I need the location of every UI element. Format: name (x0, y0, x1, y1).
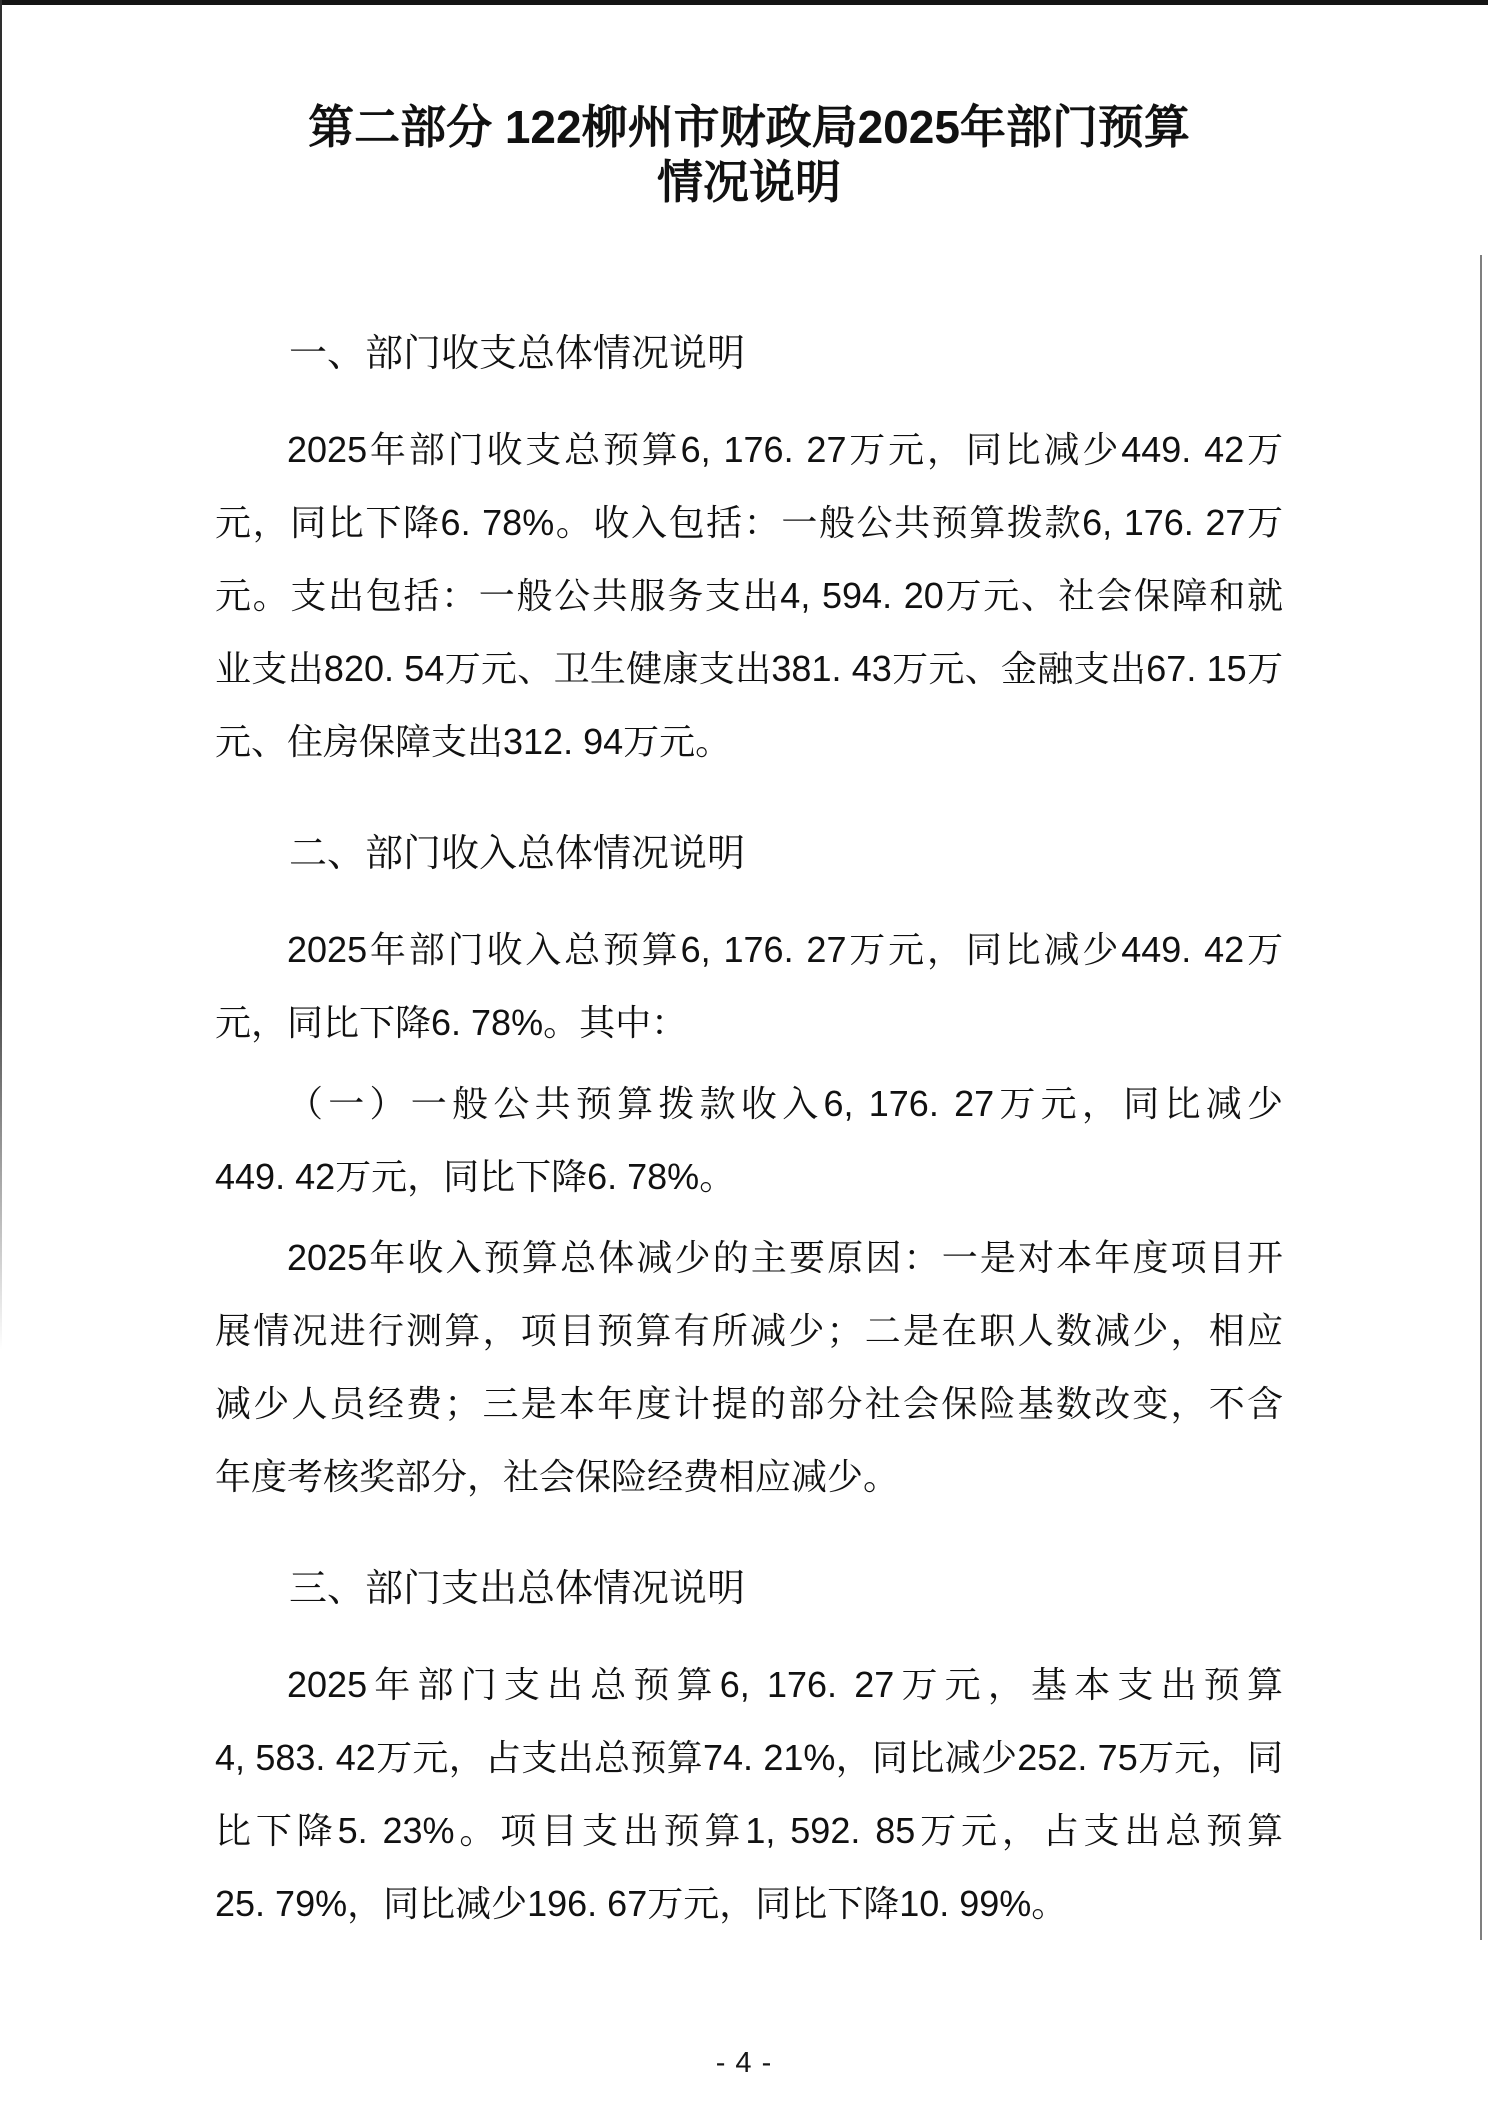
paragraph-line: 年度考核奖部分，社会保险经费相应减少。 (215, 1440, 1283, 1513)
paragraph: （一）一般公共预算拨款收入6, 176. 27万元，同比减少 449. 42万元… (215, 1067, 1283, 1213)
paragraph-line: 元、住房保障支出312. 94万元。 (215, 705, 1283, 778)
document-content: 第二部分 122柳州市财政局2025年部门预算 情况说明 一、部门收支总体情况说… (215, 100, 1283, 1940)
section-heading-1: 一、部门收支总体情况说明 (215, 318, 1283, 391)
paragraph-line: 展情况进行测算，项目预算有所减少；二是在职人数减少，相应 (215, 1294, 1283, 1367)
document-title-line-2: 情况说明 (215, 155, 1283, 210)
scan-edge-right (1480, 255, 1482, 1940)
section-heading-3: 三、部门支出总体情况说明 (215, 1553, 1283, 1626)
paragraph: 2025年部门收入总预算6, 176. 27万元，同比减少449. 42万 元，… (215, 913, 1283, 1059)
paragraph-line: 业支出820. 54万元、卫生健康支出381. 43万元、金融支出67. 15万 (215, 632, 1283, 705)
paragraph: 2025年部门支出总预算6, 176. 27万元，基本支出预算 4, 583. … (215, 1648, 1283, 1940)
paragraph-line: 449. 42万元，同比下降6. 78%。 (215, 1140, 1283, 1213)
paragraph: 2025年部门收支总预算6, 176. 27万元，同比减少449. 42万 元，… (215, 413, 1283, 778)
page-number: - 4 - (0, 2047, 1488, 2080)
section-heading-2: 二、部门收入总体情况说明 (215, 818, 1283, 891)
document-title: 第二部分 122柳州市财政局2025年部门预算 情况说明 (215, 100, 1283, 210)
scan-edge-left (0, 0, 2, 1350)
document-title-line-1: 第二部分 122柳州市财政局2025年部门预算 (215, 100, 1283, 155)
paragraph: 2025年收入预算总体减少的主要原因：一是对本年度项目开 展情况进行测算，项目预… (215, 1221, 1283, 1513)
scan-edge-top (0, 0, 1488, 5)
paragraph-line: 元。支出包括：一般公共服务支出4, 594. 20万元、社会保障和就 (215, 559, 1283, 632)
paragraph-line: 2025年部门收入总预算6, 176. 27万元，同比减少449. 42万 (215, 913, 1283, 986)
paragraph-line: 25. 79%，同比减少196. 67万元，同比下降10. 99%。 (215, 1867, 1283, 1940)
paragraph-line: 4, 583. 42万元，占支出总预算74. 21%，同比减少252. 75万元… (215, 1721, 1283, 1794)
paragraph-line: 2025年部门支出总预算6, 176. 27万元，基本支出预算 (215, 1648, 1283, 1721)
paragraph-line: （一）一般公共预算拨款收入6, 176. 27万元，同比减少 (215, 1067, 1283, 1140)
paragraph-line: 比下降5. 23%。项目支出预算1, 592. 85万元，占支出总预算 (215, 1794, 1283, 1867)
paragraph-line: 2025年部门收支总预算6, 176. 27万元，同比减少449. 42万 (215, 413, 1283, 486)
paragraph-line: 元，同比下降6. 78%。收入包括：一般公共预算拨款6, 176. 27万 (215, 486, 1283, 559)
paragraph-line: 元，同比下降6. 78%。其中： (215, 986, 1283, 1059)
document-page: 第二部分 122柳州市财政局2025年部门预算 情况说明 一、部门收支总体情况说… (0, 0, 1488, 2104)
paragraph-line: 2025年收入预算总体减少的主要原因：一是对本年度项目开 (215, 1221, 1283, 1294)
paragraph-line: 减少人员经费；三是本年度计提的部分社会保险基数改变，不含 (215, 1367, 1283, 1440)
